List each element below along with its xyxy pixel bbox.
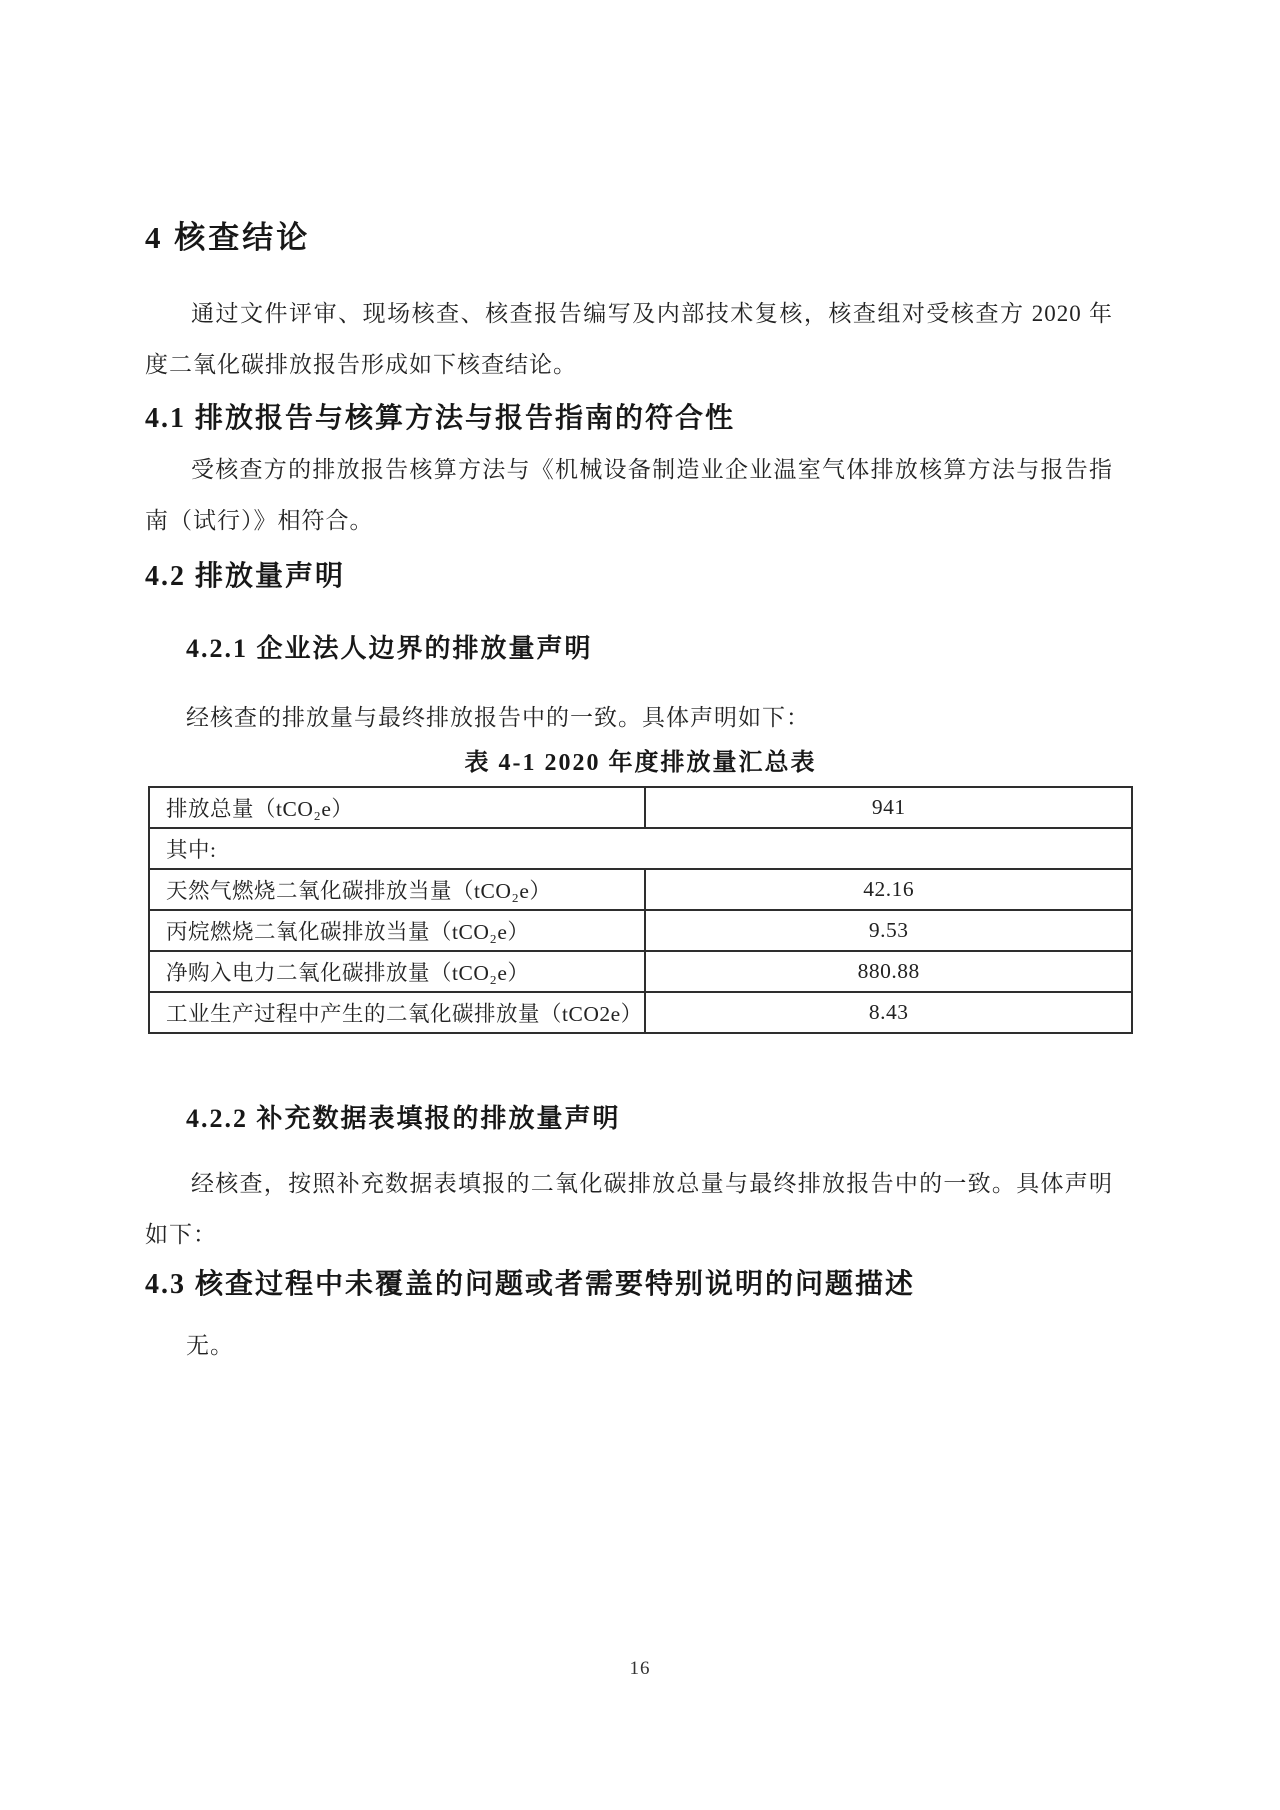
table-row: 天然气燃烧二氧化碳排放当量（tCO₂e） 42.16: [149, 869, 1132, 910]
paragraph-intro: 通过文件评审、现场核查、核查报告编写及内部技术复核，核查组对受核查方 2020 …: [145, 288, 1113, 390]
table-row: 净购入电力二氧化碳排放量（tCO₂e） 880.88: [149, 951, 1132, 992]
section-heading-4-2-2: 4.2.2 补充数据表填报的排放量声明: [186, 1098, 621, 1135]
section-heading-4-2-1: 4.2.1 企业法人边界的排放量声明: [186, 628, 593, 665]
table-row: 排放总量（tCO₂e） 941: [149, 787, 1132, 828]
table-row: 丙烷燃烧二氧化碳排放当量（tCO₂e） 9.53: [149, 910, 1132, 951]
row-label: 丙烷燃烧二氧化碳排放当量（tCO₂e）: [149, 910, 645, 951]
row-label: 排放总量（tCO₂e）: [149, 787, 645, 828]
row-label: 工业生产过程中产生的二氧化碳排放量（tCO2e）: [149, 992, 645, 1033]
row-label: 净购入电力二氧化碳排放量（tCO₂e）: [149, 951, 645, 992]
row-value: 8.43: [645, 992, 1132, 1033]
row-value: 880.88: [645, 951, 1132, 992]
paragraph-4-3: 无。: [186, 1320, 1086, 1371]
paragraph-4-2-2: 经核查，按照补充数据表填报的二氧化碳排放总量与最终排放报告中的一致。具体声明如下…: [145, 1158, 1113, 1260]
section-heading-4: 4 核查结论: [145, 212, 310, 257]
section-heading-4-1: 4.1 排放报告与核算方法与报告指南的符合性: [145, 396, 735, 436]
page-number: 16: [0, 1658, 1280, 1680]
document-page: { "headings": { "h4": "4 核查结论", "h41": "…: [0, 0, 1280, 1810]
row-value: 9.53: [645, 910, 1132, 951]
section-heading-4-2: 4.2 排放量声明: [145, 554, 345, 594]
row-label: 天然气燃烧二氧化碳排放当量（tCO₂e）: [149, 869, 645, 910]
table-row: 其中:: [149, 828, 1132, 869]
row-value: 941: [645, 787, 1132, 828]
table-row: 工业生产过程中产生的二氧化碳排放量（tCO2e） 8.43: [149, 992, 1132, 1033]
paragraph-4-1: 受核查方的排放报告核算方法与《机械设备制造业企业温室气体排放核算方法与报告指南（…: [145, 444, 1113, 546]
section-heading-4-3: 4.3 核查过程中未覆盖的问题或者需要特别说明的问题描述: [145, 1262, 915, 1302]
emissions-summary-table: 排放总量（tCO₂e） 941 其中: 天然气燃烧二氧化碳排放当量（tCO₂e）…: [148, 786, 1133, 1034]
row-value: 42.16: [645, 869, 1132, 910]
row-label: 其中:: [149, 828, 1132, 869]
paragraph-4-2-1: 经核查的排放量与最终排放报告中的一致。具体声明如下：: [186, 692, 1116, 743]
table-caption: 表 4-1 2020 年度排放量汇总表: [148, 742, 1133, 777]
